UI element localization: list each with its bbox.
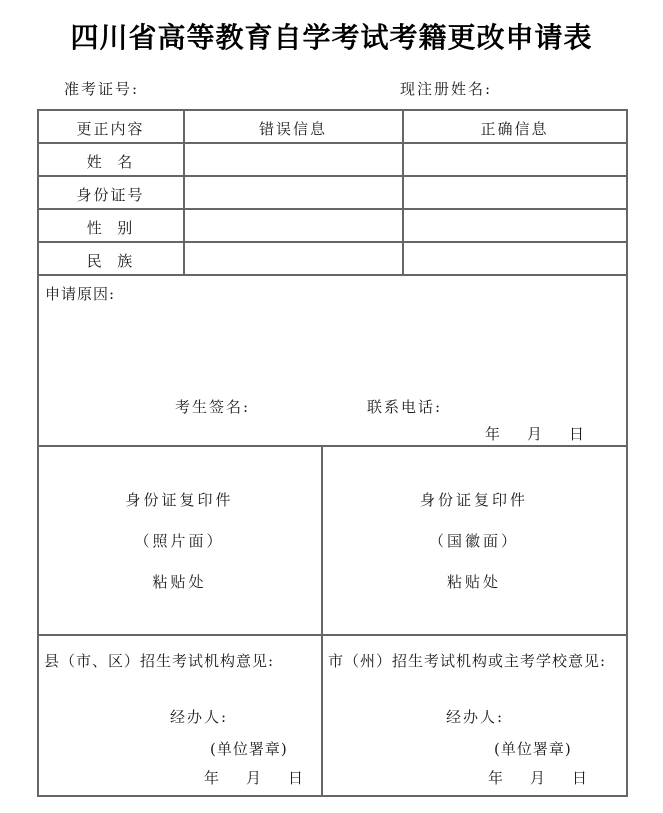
registered-name-field[interactable]: [495, 76, 625, 98]
wrong-id-number-field[interactable]: [185, 177, 401, 207]
form-title: 四川省高等教育自学考试考籍更改申请表: [0, 16, 663, 56]
city-handler-label: 经办人:: [446, 706, 504, 727]
registered-name-label: 现注册姓名:: [400, 78, 492, 99]
county-date-month: 月: [246, 767, 263, 788]
header-correction-item: 更正内容: [38, 118, 183, 139]
county-handler-label: 经办人:: [170, 706, 228, 727]
wrong-name-field[interactable]: [185, 144, 401, 174]
county-opinion-field[interactable]: [44, 672, 314, 702]
row-divider: [37, 274, 627, 276]
reason-label: 申请原因:: [45, 283, 115, 304]
county-date-year: 年: [204, 767, 221, 788]
row-label-gender: 性 别: [38, 217, 183, 238]
wrong-ethnicity-field[interactable]: [185, 243, 401, 273]
reason-date-year: 年: [485, 423, 502, 444]
wrong-gender-field[interactable]: [185, 210, 401, 240]
row-label-ethnicity: 民 族: [38, 250, 183, 271]
city-seal-label: (单位署章): [494, 738, 572, 759]
city-date-day: 日: [572, 767, 589, 788]
correct-ethnicity-field[interactable]: [404, 243, 625, 273]
county-date-day: 日: [288, 767, 305, 788]
city-date-month: 月: [530, 767, 547, 788]
signature-field[interactable]: [250, 394, 360, 416]
table-border-bottom: [37, 795, 627, 797]
city-date-year: 年: [488, 767, 505, 788]
id-front-line3: 粘贴处: [39, 571, 320, 592]
city-opinion-label: 市（州）招生考试机构或主考学校意见:: [328, 650, 606, 671]
section-divider: [37, 634, 627, 636]
id-back-line1: 身份证复印件: [323, 489, 625, 510]
table-border-top: [37, 109, 627, 111]
table-border-right: [626, 109, 628, 797]
row-label-name: 姓 名: [38, 151, 183, 172]
correct-id-number-field[interactable]: [404, 177, 625, 207]
city-opinion-field[interactable]: [328, 672, 620, 702]
reason-date-day: 日: [569, 423, 586, 444]
correct-gender-field[interactable]: [404, 210, 625, 240]
id-front-line1: 身份证复印件: [39, 489, 320, 510]
exam-number-field[interactable]: [140, 76, 360, 98]
correct-name-field[interactable]: [404, 144, 625, 174]
reason-field[interactable]: [45, 305, 620, 390]
row-label-id-number: 身份证号: [38, 184, 183, 205]
county-opinion-label: 县（市、区）招生考试机构意见:: [44, 650, 274, 671]
id-back-line3: 粘贴处: [323, 571, 625, 592]
signature-label: 考生签名:: [175, 396, 250, 417]
reason-date-month: 月: [527, 423, 544, 444]
county-seal-label: (单位署章): [210, 738, 288, 759]
id-front-line2: （照片面）: [39, 530, 320, 551]
id-back-line2: （国徽面）: [323, 530, 625, 551]
phone-field[interactable]: [443, 394, 618, 416]
header-wrong-info: 错误信息: [184, 118, 402, 139]
header-correct-info: 正确信息: [403, 118, 626, 139]
phone-label: 联系电话:: [367, 396, 442, 417]
exam-number-label: 准考证号:: [64, 78, 139, 99]
